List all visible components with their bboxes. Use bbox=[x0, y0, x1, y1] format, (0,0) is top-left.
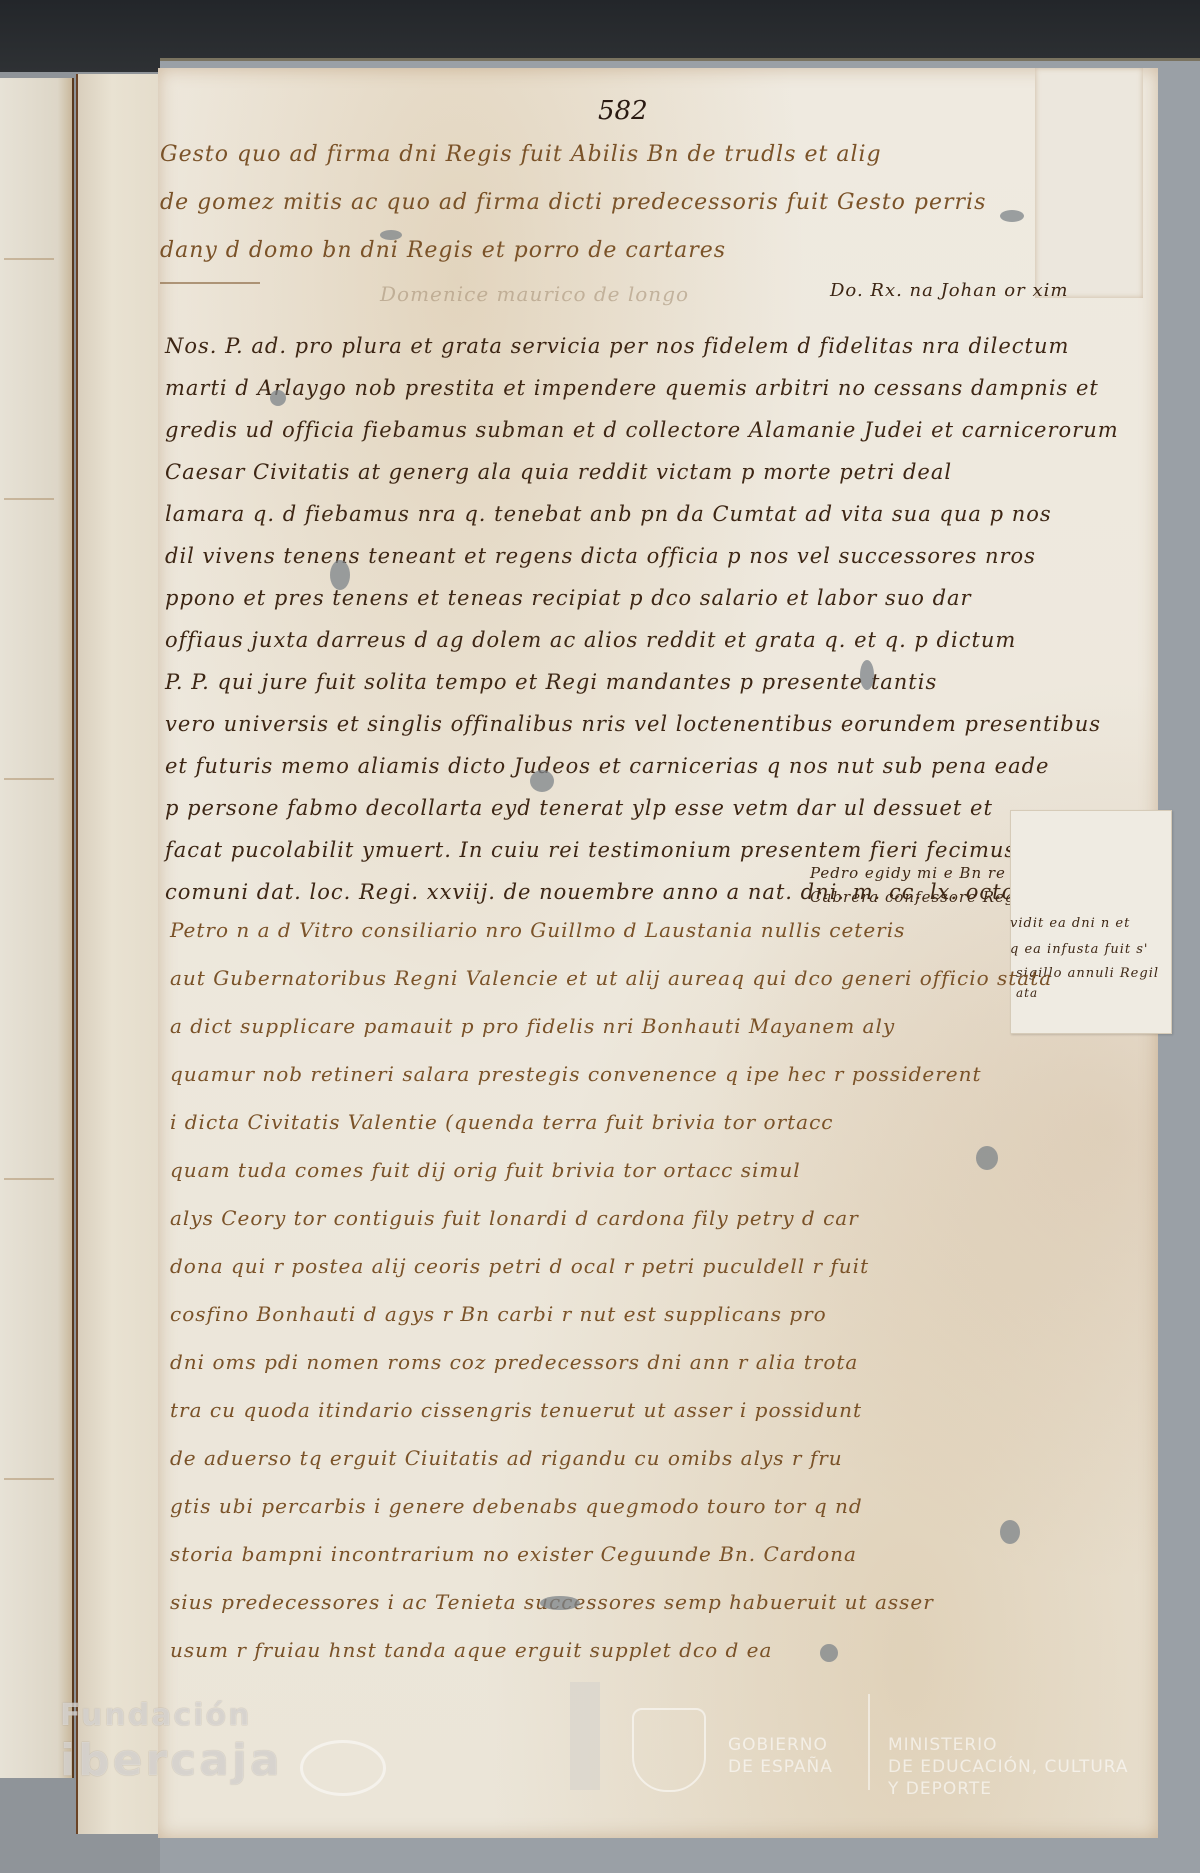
slip-line: q ea infusta fuit s' bbox=[1010, 942, 1148, 957]
ms-line: Nos. P. ad. pro plura et grata servicia … bbox=[165, 334, 1069, 358]
ink-blot bbox=[860, 660, 874, 690]
watermark-line: DE ESPAÑA bbox=[728, 1756, 833, 1778]
ms-line: storia bampni incontrarium no exister Ce… bbox=[170, 1542, 857, 1566]
text-trace bbox=[4, 1478, 54, 1480]
text-trace bbox=[4, 498, 54, 500]
ms-line: gredis ud officia fiebamus subman et d c… bbox=[165, 418, 1119, 442]
ms-line: ppono et pres tenens et teneas recipiat … bbox=[165, 586, 972, 610]
ms-line: gtis ubi percarbis i genere debenabs que… bbox=[170, 1494, 863, 1518]
ms-line: cosfino Bonhauti d agys r Bn carbi r nut… bbox=[170, 1302, 827, 1326]
gobierno-label: GOBIERNO DE ESPAÑA bbox=[728, 1734, 833, 1778]
ibercaja-logo-icon bbox=[300, 1740, 386, 1796]
ink-blot bbox=[1000, 210, 1024, 222]
watermark-line: ibercaja bbox=[60, 1735, 283, 1786]
margin-note: Do. Rx. na Johan or xim bbox=[830, 280, 1068, 301]
ms-line: quam tuda comes fuit dij orig fuit brivi… bbox=[170, 1158, 801, 1182]
watermark-line: Fundación bbox=[60, 1698, 283, 1733]
watermark-line: DE EDUCACIÓN, CULTURA bbox=[888, 1756, 1129, 1778]
ministerio-label: MINISTERIO DE EDUCACIÓN, CULTURA Y DEPOR… bbox=[888, 1734, 1129, 1800]
ms-line: offiaus juxta darreus d ag dolem ac alio… bbox=[165, 628, 1016, 652]
text-trace bbox=[4, 258, 54, 260]
ink-blot bbox=[270, 390, 286, 406]
watermark-line: GOBIERNO bbox=[728, 1734, 833, 1756]
government-watermark: GOBIERNO DE ESPAÑA MINISTERIO DE EDUCACI… bbox=[570, 1682, 1170, 1792]
paper-repair-patch bbox=[1035, 68, 1143, 298]
rule-line bbox=[160, 282, 260, 284]
ms-line: dany d domo bn dni Regis et porro de car… bbox=[160, 238, 726, 263]
signature-note-line: Cabrera confessore Regina bbox=[810, 888, 1042, 906]
ms-line: lamara q. d fiebamus nra q. tenebat anb … bbox=[165, 502, 1052, 526]
ms-line: de gomez mitis ac quo ad firma dicti pre… bbox=[160, 190, 986, 215]
ms-line: alys Ceory tor contiguis fuit lonardi d … bbox=[170, 1206, 859, 1230]
ms-line: Petro n a d Vitro consiliario nro Guillm… bbox=[170, 918, 905, 942]
ink-blot bbox=[380, 230, 402, 240]
coat-of-arms-icon bbox=[632, 1708, 706, 1792]
ink-blot bbox=[540, 1596, 580, 1610]
ms-line: i dicta Civitatis Valentie (quenda terra… bbox=[170, 1110, 834, 1134]
ms-line: dil vivens tenens teneant et regens dict… bbox=[165, 544, 1036, 568]
ms-line: dona qui r postea alij ceoris petri d oc… bbox=[170, 1254, 869, 1278]
ms-line: Caesar Civitatis at generg ala quia redd… bbox=[165, 460, 952, 484]
ink-blot bbox=[1000, 1520, 1020, 1544]
left-facing-page-edge bbox=[0, 78, 74, 1778]
text-trace bbox=[4, 778, 54, 780]
text-trace bbox=[4, 1178, 54, 1180]
divider bbox=[868, 1694, 870, 1790]
ms-line: tra cu quoda itindario cissengris tenuer… bbox=[170, 1398, 862, 1422]
watermark-line: MINISTERIO bbox=[888, 1734, 1129, 1756]
ink-blot bbox=[530, 770, 554, 792]
ms-line: vero universis et singlis offinalibus nr… bbox=[165, 712, 1101, 736]
folio-number: 582 bbox=[598, 96, 648, 126]
ms-line: P. P. qui jure fuit solita tempo et Regi… bbox=[165, 670, 937, 694]
slip-line: vidit ea dni n et bbox=[1010, 916, 1130, 931]
ms-line: Gesto quo ad firma dni Regis fuit Abilis… bbox=[160, 142, 882, 167]
ms-line: facat pucolabilit ymuert. In cuiu rei te… bbox=[165, 838, 1141, 862]
watermark-line: Y DEPORTE bbox=[888, 1778, 1129, 1800]
ink-blot bbox=[330, 560, 350, 590]
eu-flag-strip-icon bbox=[570, 1682, 600, 1790]
ms-line: usum r fruiau hnst tanda aque erguit sup… bbox=[170, 1638, 772, 1662]
ms-line: p persone fabmo decollarta eyd tenerat y… bbox=[165, 796, 993, 820]
ink-blot bbox=[820, 1644, 838, 1662]
ms-line: quamur nob retineri salara prestegis con… bbox=[170, 1062, 982, 1086]
ms-line: de aduerso tq erguit Ciuitatis ad rigand… bbox=[170, 1446, 843, 1470]
ink-blot bbox=[976, 1146, 998, 1170]
binding-gutter-strip bbox=[76, 74, 162, 1834]
ms-line: a dict supplicare pamauit p pro fidelis … bbox=[170, 1014, 895, 1038]
faint-heading: Domenice maurico de longo bbox=[380, 282, 689, 306]
ms-line: aut Gubernatoribus Regni Valencie et ut … bbox=[170, 966, 1052, 990]
ms-line: dni oms pdi nomen roms coz predecessors … bbox=[170, 1350, 858, 1374]
ms-line: marti d Arlaygo nob prestita et impender… bbox=[165, 376, 1099, 400]
fundacion-ibercaja-watermark: Fundación ibercaja bbox=[60, 1698, 283, 1786]
ms-line: et futuris memo aliamis dicto Judeos et … bbox=[165, 754, 1049, 778]
